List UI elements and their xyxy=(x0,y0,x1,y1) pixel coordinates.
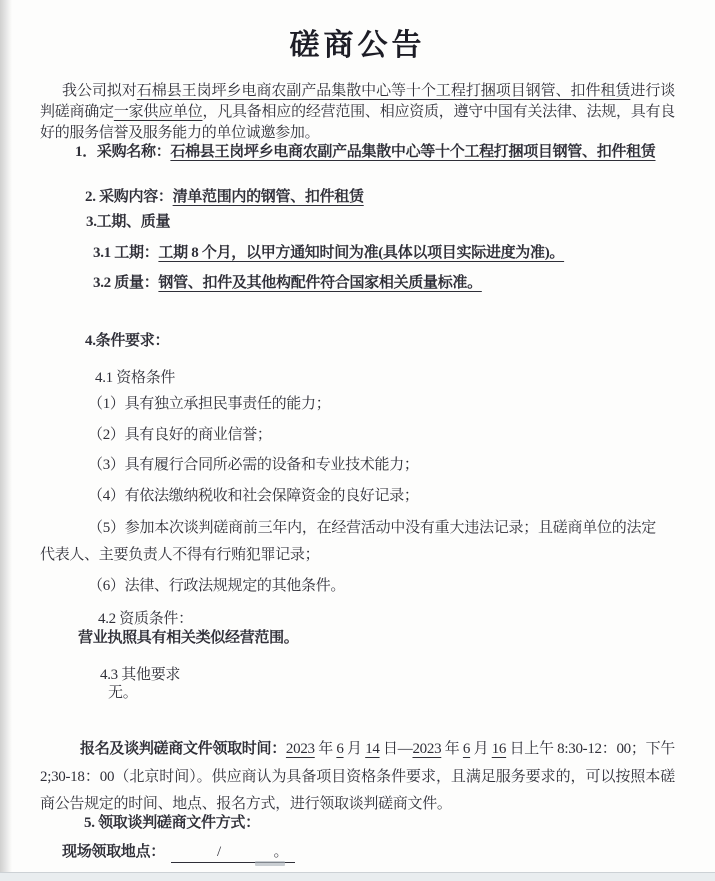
section-3-1-label: 3.1 工期： xyxy=(93,245,158,261)
pickup-slash: / xyxy=(217,844,221,860)
pickup-blank-field: / xyxy=(171,843,267,863)
section-5-heading: 5. 领取谈判磋商文件方式： xyxy=(84,813,260,834)
scan-smudge xyxy=(255,861,285,866)
qualification-item: （3）具有履行合同所必需的设备和专业技术能力； xyxy=(40,455,675,476)
section-4-heading: 4.条件要求： xyxy=(85,331,169,352)
section-1-label: 1．采购名称： xyxy=(75,144,170,160)
pickup-period: 。 xyxy=(274,844,289,860)
document-page: 磋商公告 我公司拟对石棉县王岗坪乡电商农副产品集散中心等十个工程打捆项目钢管、扣… xyxy=(0,0,715,881)
section-4-3-value: 无。 xyxy=(108,683,137,704)
qualification-item: （4）有依法缴纳税收和社会保障资金的良好记录； xyxy=(40,486,675,507)
section-1-purchase-name: 1．采购名称：石棉县王岗坪乡电商农副产品集散中心等十个工程打捆项目钢管、扣件租赁 xyxy=(40,140,662,164)
qualification-item: （2）具有良好的商业信誉； xyxy=(40,425,675,446)
section-4-2-label: 4.2 资质条件： xyxy=(98,611,193,627)
reg-text: 年 xyxy=(441,741,463,757)
section-1-value: 石棉县王岗坪乡电商农副产品集散中心等十个工程打捆项目钢管、扣件租赁 xyxy=(170,144,655,160)
section-5-label: 5. 领取谈判磋商文件方式： xyxy=(84,815,260,831)
section-2-value: 清单范围内的钢管、扣件租赁 xyxy=(173,189,364,205)
intro-paragraph: 我公司拟对石棉县王岗坪乡电商农副产品集散中心等十个工程打捆项目钢管、扣件租赁进行… xyxy=(40,81,675,144)
reg-year-to: 2023 xyxy=(412,741,441,757)
reg-day-to: 16 xyxy=(492,741,506,757)
section-4-1-label: 4.1 资格条件 xyxy=(95,370,175,386)
reg-text: 月 xyxy=(470,741,492,757)
section-4-label: 4.条件要求： xyxy=(85,333,169,349)
section-3-2-quality: 3.2 质量：钢管、扣件及其他构配件符合国家相关质量标准。 xyxy=(93,273,482,294)
pickup-label: 现场领取地点： xyxy=(62,844,165,860)
reg-year-from: 2023 xyxy=(286,741,315,757)
section-4-2-value: 营业执照具有相关类似经营范围。 xyxy=(78,628,299,649)
qualification-item: （6）法律、行政法规规定的其他条件。 xyxy=(40,576,675,597)
qualification-item: （5）参加本次谈判磋商前三年内，在经营活动中没有重大违法记录；且磋商单位的法定代… xyxy=(40,515,656,569)
section-3-2-value: 钢管、扣件及其他构配件符合国家相关质量标准。 xyxy=(158,275,481,291)
qualification-item: （1）具有独立承担民事责任的能力； xyxy=(40,394,675,415)
section-2-label: 2. 采购内容： xyxy=(85,189,173,205)
section-3-2-label: 3.2 质量： xyxy=(93,275,158,291)
pickup-blank-tail: 。 xyxy=(267,843,295,863)
reg-month-from: 6 xyxy=(336,741,343,757)
intro-supplier-underline: 一家供应单位 xyxy=(114,104,203,120)
page-title: 磋商公告 xyxy=(40,28,675,64)
registration-paragraph: 报名及谈判磋商文件领取时间：2023 年 6 月 14 日—2023 年 6 月… xyxy=(40,736,675,819)
pickup-location-line: 现场领取地点：/。 xyxy=(62,842,295,863)
intro-project-underline: 石棉县王岗坪乡电商农副产品集散中心等十个工程打捆项目钢管、扣件租赁 xyxy=(137,83,631,99)
section-4-3-label: 4.3 其他要求 xyxy=(100,667,180,683)
section-3-1-duration: 3.1 工期：工期 8 个月，以甲方通知时间为准(具体以项目实际进度为准)。 xyxy=(93,243,564,264)
reg-text: 日— xyxy=(380,741,413,757)
registration-label: 报名及谈判磋商文件领取时间： xyxy=(80,741,286,757)
section-2-purchase-content: 2. 采购内容：清单范围内的钢管、扣件租赁 xyxy=(85,187,364,208)
reg-text: 年 xyxy=(315,741,337,757)
reg-day-from: 14 xyxy=(365,741,379,757)
scan-bottom-edge xyxy=(0,872,715,881)
section-3-1-value: 工期 8 个月，以甲方通知时间为准(具体以项目实际进度为准)。 xyxy=(158,245,564,261)
intro-prefix: 我公司拟对 xyxy=(62,83,137,99)
reg-text: 月 xyxy=(344,741,366,757)
section-4-2-heading: 4.2 资质条件： xyxy=(98,609,193,630)
section-4-1-heading: 4.1 资格条件 xyxy=(95,368,175,389)
section-3-heading: 3.工期、质量 xyxy=(86,212,170,233)
scan-left-shadow xyxy=(0,0,12,881)
section-3-label: 3.工期、质量 xyxy=(86,214,170,230)
